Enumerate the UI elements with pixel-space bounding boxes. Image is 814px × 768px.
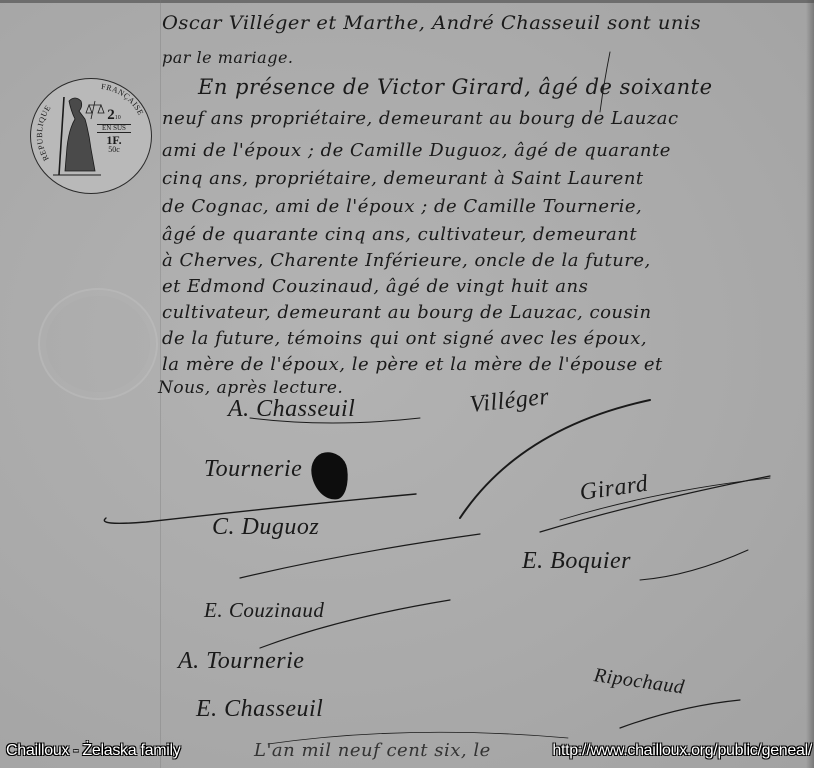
signature-tournerie: Tournerie — [204, 456, 302, 483]
stamp-value-box: 210 EN SUS 1F. 50c — [97, 107, 131, 154]
stamp-value-fraction: 10 — [115, 115, 121, 121]
text-line-14: Nous, après lecture. — [158, 378, 343, 398]
text-line-11: cultivateur, demeurant au bourg de Lauza… — [162, 302, 652, 323]
scanned-document-page: REPUBLIQUE FRANÇAISE 210 EN SUS 1F. 50c … — [0, 0, 814, 768]
text-line-13: la mère de l'époux, le père et la mère d… — [162, 354, 663, 375]
text-line-5: ami de l'époux ; de Camille Duguoz, âgé … — [162, 140, 671, 161]
signature-e-chasseuil: E. Chasseuil — [196, 696, 323, 723]
signature-c-duguoz: C. Duguoz — [212, 514, 319, 541]
signature-e-couzinaud: E. Couzinaud — [204, 598, 324, 623]
signature-villeger: Villéger — [469, 384, 551, 419]
text-line-7: de Cognac, ami de l'époux ; de Camille T… — [162, 196, 642, 217]
text-line-4: neuf ans propriétaire, demeurant au bour… — [162, 108, 679, 129]
marianne-figure-icon: REPUBLIQUE FRANÇAISE — [31, 79, 151, 193]
embossed-seal — [38, 288, 158, 400]
signature-e-boquier: E. Boquier — [522, 548, 631, 575]
text-line-6: cinq ans, propriétaire, demeurant à Sain… — [162, 168, 644, 189]
bottom-partial-line: L'an mil neuf cent six, le — [254, 740, 491, 761]
text-line-9: à Cherves, Charente Inférieure, oncle de… — [162, 250, 651, 271]
stamp-cents: 50c — [97, 146, 131, 154]
signature-ripochaud: Ripochaud — [592, 664, 685, 699]
text-line-3: En présence de Victor Girard, âgé de soi… — [198, 75, 713, 99]
ink-blot — [309, 450, 351, 503]
signature-a-tournerie: A. Tournerie — [178, 648, 304, 675]
signature-a-chasseuil: A. Chasseuil — [228, 396, 355, 423]
text-line-12: de la future, témoins qui ont signé avec… — [162, 328, 647, 349]
text-line-1: Oscar Villéger et Marthe, André Chasseui… — [162, 12, 701, 34]
republique-francaise-tax-stamp: REPUBLIQUE FRANÇAISE 210 EN SUS 1F. 50c — [30, 78, 152, 194]
signature-girard: Girard — [578, 471, 650, 507]
text-line-8: âgé de quarante cinq ans, cultivateur, d… — [162, 224, 637, 245]
stamp-value-main: 2 — [107, 107, 115, 123]
text-line-2: par le mariage. — [162, 48, 294, 67]
text-line-10: et Edmond Couzinaud, âgé de vingt huit a… — [162, 276, 588, 297]
source-url-watermark: http://www.chailloux.org/public/geneal/ — [552, 742, 812, 760]
page-right-edge — [806, 0, 814, 768]
page-top-edge — [0, 0, 814, 3]
stamp-en-sus: EN SUS — [97, 124, 131, 133]
svg-text:REPUBLIQUE: REPUBLIQUE — [35, 103, 53, 162]
family-watermark: Chailloux - Żelaska family — [6, 742, 180, 760]
